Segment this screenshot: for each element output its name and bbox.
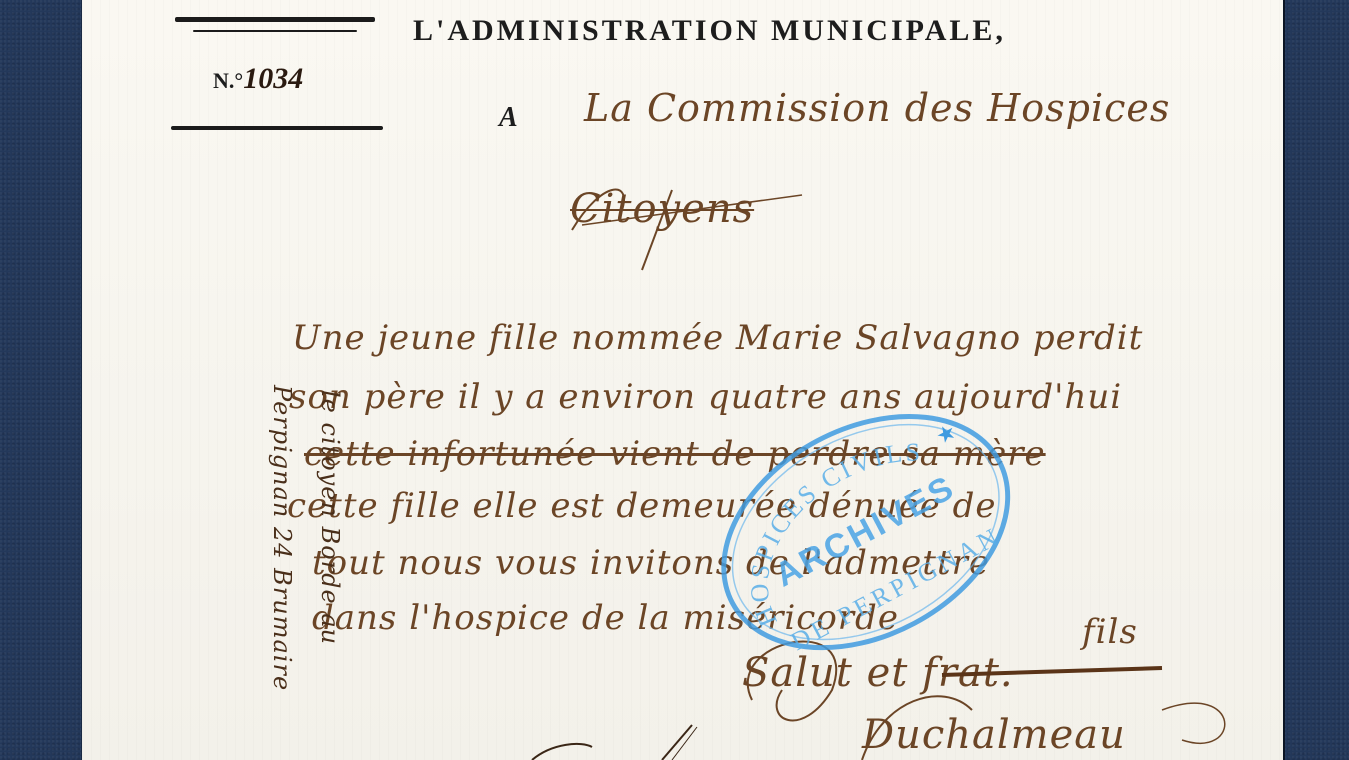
header-rule-top-thin: [193, 30, 357, 32]
document-number: N.°1034: [213, 62, 303, 96]
addressee-prefix: A: [499, 102, 521, 134]
bottom-ink-stroke: [512, 715, 812, 760]
body-line-1: Une jeune fille nommée Marie Salvagno pe…: [292, 318, 1143, 358]
addressee-line: La Commission des Hospices: [584, 86, 1170, 130]
margin-note-2: Perpignan 24 Brumaire: [268, 385, 296, 691]
body-line-2: son père il y a environ quatre ans aujou…: [289, 377, 1122, 417]
document-page: N.°1034 L'ADMINISTRATION MUNICIPALE, A L…: [82, 0, 1283, 760]
margin-note-1: le citoyen Borde au: [316, 390, 344, 645]
number-value: 1034: [243, 62, 303, 95]
header-title: L'ADMINISTRATION MUNICIPALE,: [413, 14, 1006, 48]
header-rule-bottom: [171, 126, 383, 130]
header-rule-top: [175, 17, 375, 22]
number-label: N.°: [213, 68, 243, 93]
salutation-flourish: [562, 170, 822, 280]
